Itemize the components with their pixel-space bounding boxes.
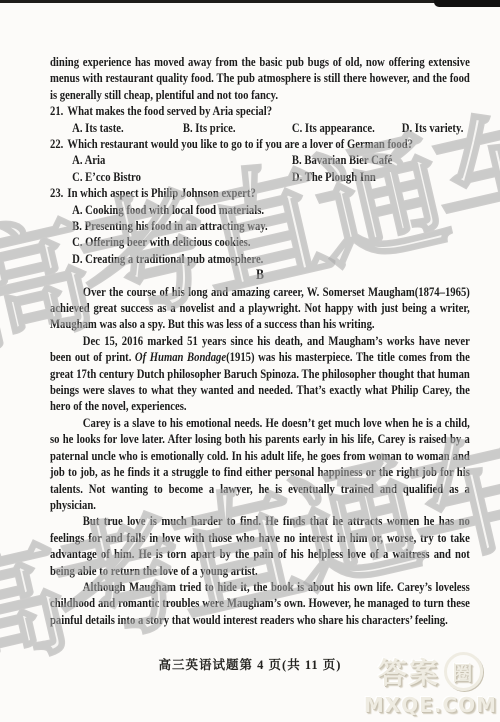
option-23-c: C. Offering beer with delicious cookies.	[50, 234, 470, 250]
option-21-a: A. Its taste.	[72, 120, 124, 136]
option-21-c: C. Its appearance.	[292, 120, 375, 136]
question-23: 23.In which aspect is Philip Johnson exp…	[50, 185, 470, 201]
question-21-options: A. Its taste. B. Its price. C. Its appea…	[50, 120, 470, 136]
passage-a-continuation: dining experience has moved away from th…	[50, 54, 470, 103]
option-22-b: B. Bavarian Bier Café	[292, 152, 392, 168]
exam-text-column: dining experience has moved away from th…	[50, 54, 470, 628]
passage-b-paragraph-2: Dec 15, 2016 marked 51 years since his d…	[50, 333, 470, 415]
answer-site-circle-badge: 圈	[444, 652, 483, 691]
option-22-d: D. The Plough Inn	[292, 169, 376, 185]
question-21-number: 21.	[50, 103, 63, 118]
passage-b-paragraph-3: Carey is a slave to his emotional needs.…	[50, 415, 470, 513]
option-21-b: B. Its price.	[183, 120, 236, 136]
answer-site-name: 答案 圈	[364, 651, 497, 692]
option-23-a: A. Cooking food with local food material…	[50, 202, 470, 218]
passage-b-paragraph-5: Although Maugham tried to hide it, the b…	[50, 579, 470, 628]
question-22-options-row-1: A. Aria B. Bavarian Bier Café	[50, 152, 470, 168]
option-21-d: D. Its variety.	[402, 120, 464, 136]
question-22: 22.Which restaurant would you like to go…	[50, 136, 470, 152]
question-23-number: 23.	[50, 185, 63, 200]
question-21-text: What makes the food served by Aria speci…	[67, 103, 272, 118]
question-22-text: Which restaurant would you like to go to…	[67, 136, 413, 151]
answer-site-url: MXQE.COM	[364, 693, 497, 717]
option-23-b: B. Presenting his food in an attracting …	[50, 218, 470, 234]
question-23-text: In which aspect is Philip Johnson expert…	[67, 185, 255, 200]
option-22-a: A. Aria	[72, 152, 105, 168]
scanned-exam-page: 高考直通车 高考直通车 dining experience has moved …	[0, 0, 500, 722]
question-21: 21.What makes the food served by Aria sp…	[50, 103, 470, 119]
scan-edge-bar-corner	[434, 0, 500, 7]
passage-b-paragraph-4: But true love is much harder to find. He…	[50, 513, 470, 579]
book-title-italic: Of Human Bondage	[135, 349, 226, 364]
answer-site-name-text: 答案	[378, 651, 440, 692]
answer-site-watermark: 答案 圈 MXQE.COM	[364, 651, 497, 717]
option-23-d: D. Creating a traditional pub atmosphere…	[50, 251, 470, 267]
passage-b-header: B	[50, 267, 470, 283]
option-22-c: C. E’cco Bistro	[72, 169, 141, 185]
scan-edge-bar	[0, 0, 500, 3]
question-22-number: 22.	[50, 136, 63, 151]
passage-b-paragraph-1: Over the course of his long and amazing …	[50, 284, 470, 333]
question-22-options-row-2: C. E’cco Bistro D. The Plough Inn	[50, 169, 470, 185]
